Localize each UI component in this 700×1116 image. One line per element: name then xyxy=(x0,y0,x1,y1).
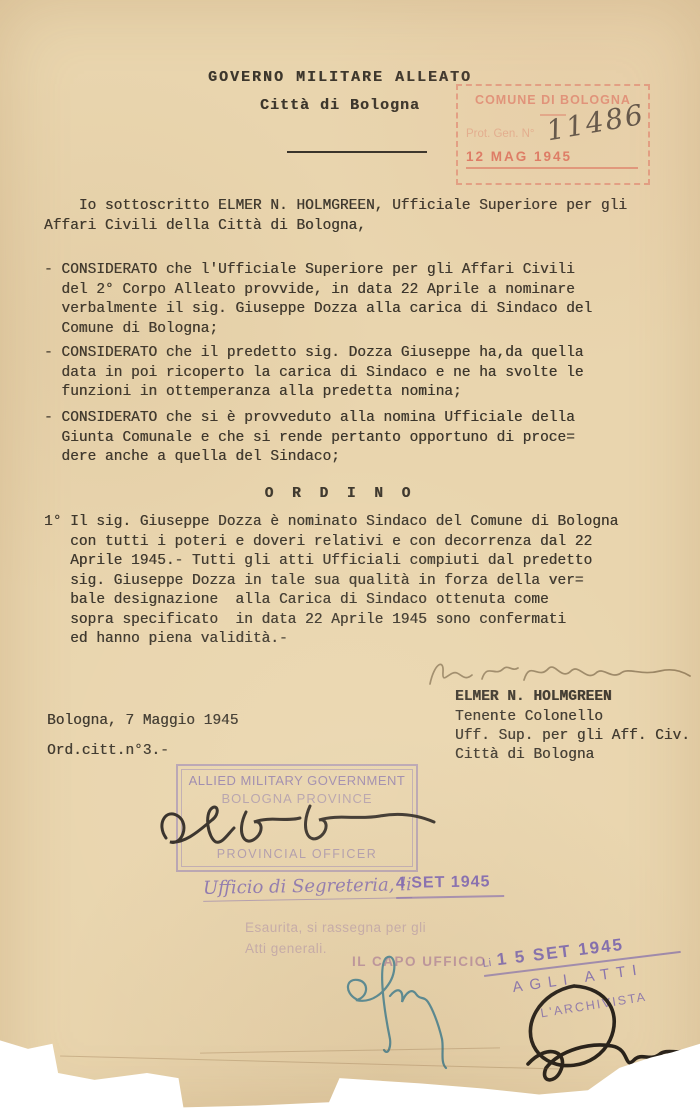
capo-ufficio-label: IL CAPO UFFICIO xyxy=(352,954,487,969)
filing-note-line2: Atti generali. xyxy=(245,941,327,956)
archive-date-prefix: Li xyxy=(482,957,492,970)
intro-paragraph: Io sottoscritto ELMER N. HOLMGREEN, Uffi… xyxy=(44,197,656,236)
paper-crease xyxy=(60,1055,560,1069)
signature-org: Città di Bologna xyxy=(455,746,594,766)
considerato-paragraph-3: - CONSIDERATO che si è provveduto alla n… xyxy=(44,409,656,468)
signature-rank: Tenente Colonello xyxy=(455,708,603,728)
considerato-paragraph-1: - CONSIDERATO che l'Ufficiale Superiore … xyxy=(44,261,656,339)
archivista-stamp: L'ARCHIVISTA xyxy=(540,990,648,1021)
amg-stamp: ALLIED MILITARY GOVERNMENT BOLOGNA PROVI… xyxy=(176,764,418,872)
considerato-paragraph-2: - CONSIDERATO che il predetto sig. Dozza… xyxy=(44,344,656,403)
archive-date-value: 1 5 SET 1945 xyxy=(496,935,625,969)
torn-bottom-edge xyxy=(0,1030,700,1116)
signature-name: ELMER N. HOLMGREEN xyxy=(455,688,612,708)
secretariat-stamp-label: Ufficio di Segreteria, li xyxy=(203,874,412,902)
amg-stamp-line1: ALLIED MILITARY GOVERNMENT xyxy=(178,773,416,788)
protocol-stamp-date: 12 MAG 1945 xyxy=(466,149,638,169)
amg-stamp-line3: PROVINCIAL OFFICER xyxy=(178,847,416,861)
order-item-1: 1° Il sig. Giuseppe Dozza è nominato Sin… xyxy=(44,513,664,650)
filing-note-line1: Esaurita, si rassegna per gli xyxy=(245,920,426,935)
place-date-line: Bologna, 7 Maggio 1945 xyxy=(47,712,238,732)
scanned-document-page: GOVERNO MILITARE ALLEATO Città di Bologn… xyxy=(0,0,700,1116)
signature-title: Uff. Sup. per gli Aff. Civ. xyxy=(455,727,690,747)
header-divider-rule xyxy=(287,151,427,153)
order-heading: O R D I N O xyxy=(0,485,680,505)
protocol-stamp-middle: Prot. Gen. N° xyxy=(466,128,535,140)
paper-crease xyxy=(200,1047,500,1053)
amg-stamp-line2: BOLOGNA PROVINCE xyxy=(178,791,416,806)
secretariat-date-stamp: 4 SET 1945 xyxy=(396,873,504,899)
reference-line: Ord.citt.n°3.- xyxy=(47,742,169,762)
